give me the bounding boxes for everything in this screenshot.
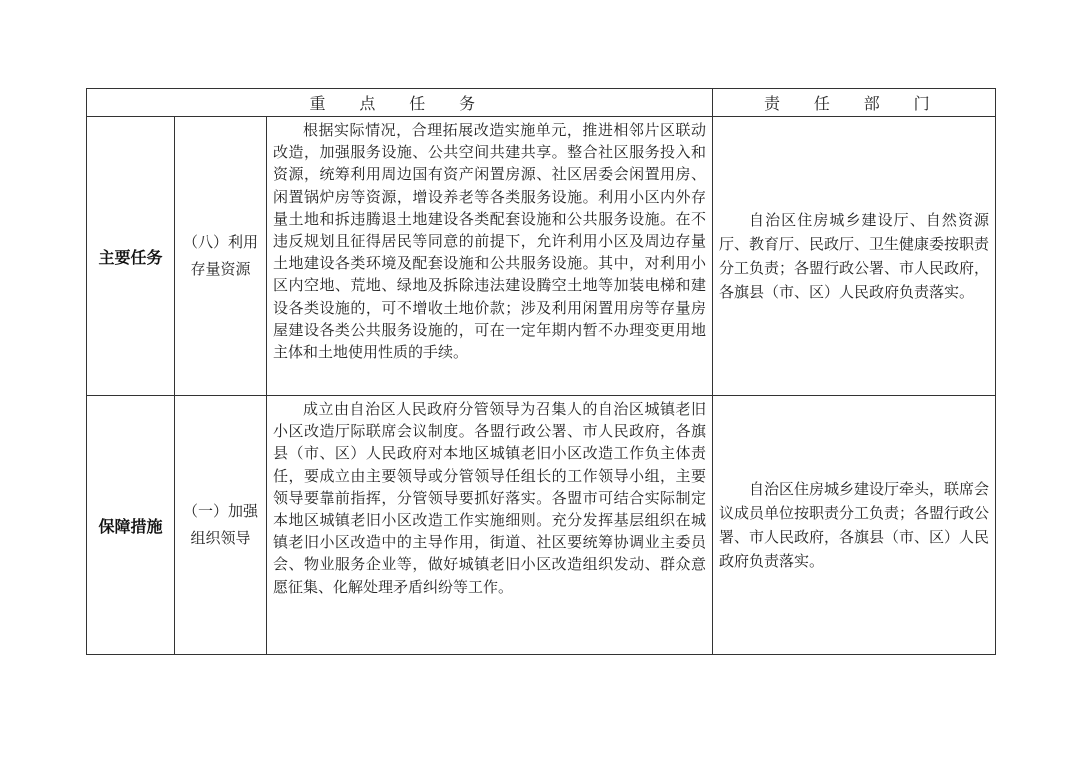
category-cell: 主要任务 [87,117,175,396]
subitem-cell: （一）加强组织领导 [175,396,267,655]
policy-table: 重 点 任 务 责 任 部 门 主要任务 （八）利用存量资源 根据实际情况，合理… [86,88,996,655]
header-row: 重 点 任 务 责 任 部 门 [87,89,996,117]
task-content-cell: 根据实际情况，合理拓展改造实施单元，推进相邻片区联动改造，加强服务设施、公共空间… [267,117,713,396]
header-responsible-departments: 责 任 部 门 [713,89,996,117]
table-row: 主要任务 （八）利用存量资源 根据实际情况，合理拓展改造实施单元，推进相邻片区联… [87,117,996,396]
task-content-cell: 成立由自治区人民政府分管领导为召集人的自治区城镇老旧小区改造厅际联席会议制度。各… [267,396,713,655]
category-cell: 保障措施 [87,396,175,655]
subitem-cell: （八）利用存量资源 [175,117,267,396]
table-row: 保障措施 （一）加强组织领导 成立由自治区人民政府分管领导为召集人的自治区城镇老… [87,396,996,655]
department-cell: 自治区住房城乡建设厅牵头，联席会议成员单位按职责分工负责；各盟行政公署、市人民政… [713,396,996,655]
header-key-tasks: 重 点 任 务 [87,89,713,117]
header-departments-label: 责 任 部 门 [764,94,944,113]
department-cell: 自治区住房城乡建设厅、自然资源厅、教育厅、民政厅、卫生健康委按职责分工负责；各盟… [713,117,996,396]
header-key-tasks-label: 重 点 任 务 [309,94,489,113]
